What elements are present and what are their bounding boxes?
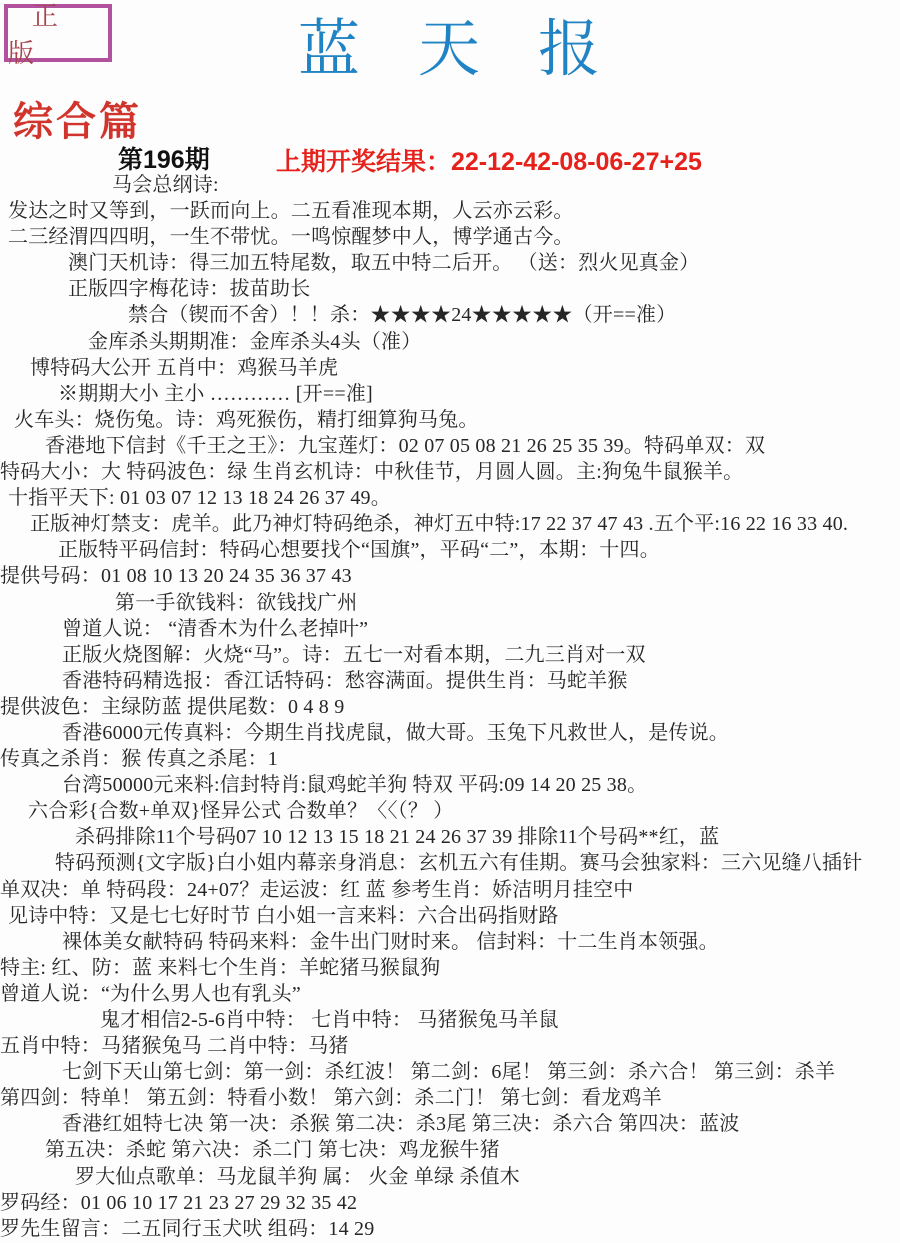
body-line: 第五决：杀蛇 第六决：杀二门 第七决：鸡龙猴牛猪 <box>0 1137 900 1163</box>
section-title: 综合篇 <box>13 90 142 147</box>
body-line: 鬼才相信2-5-6肖中特： 七肖中特： 马猪猴兔马羊鼠 <box>0 1007 900 1033</box>
body-line: 正版火烧图解：火烧“马”。诗：五七一对看本期，二九三肖对一双 <box>0 642 900 668</box>
body-line: 正版四字梅花诗：拔苗助长 <box>0 276 900 302</box>
issue-number: 第196期 <box>118 140 210 176</box>
body-line: 六合彩{合数+单双}怪异公式 合数单？〈〈（？ ） <box>0 798 900 824</box>
body-line: 香港6000元传真料：今期生肖找虎鼠，做大哥。玉兔下凡救世人，是传说。 <box>0 720 900 746</box>
body-line: 发达之时又等到，一跃而向上。二五看准现本期，人云亦云彩。 <box>0 198 900 224</box>
body-line: 马会总纲诗: <box>0 172 900 198</box>
body-line: 金库杀头期期准：金库杀头4头（准） <box>0 329 900 355</box>
body-line: 二三经渭四四明，一生不带忧。一鸣惊醒梦中人，博学通古今。 <box>0 224 900 250</box>
body-line: 博特码大公开 五肖中：鸡猴马羊虎 <box>0 355 900 381</box>
body-line: 特码大小：大 特码波色：绿 生肖玄机诗：中秋佳节，月圆人圆。主:狗兔牛鼠猴羊。 <box>0 459 900 485</box>
body-line: 传真之杀肖：猴 传真之杀尾：1 <box>0 746 900 772</box>
body-line: 火车头：烧伤兔。诗：鸡死猴伤，精打细算狗马兔。 <box>0 407 900 433</box>
body-line: 七剑下天山第七剑：第一剑：杀红波！ 第二剑：6尾！ 第三剑：杀六合！ 第三剑：杀… <box>0 1059 900 1085</box>
edition-badge-label: 正 版 <box>8 0 108 70</box>
body-line: 第四剑：特单！ 第五剑：特看小数！ 第六剑：杀二门！ 第七剑：看龙鸡羊 <box>0 1085 900 1111</box>
newspaper-page: 正 版 蓝天报 综合篇 第196期 上期开奖结果：22-12-42-08-06-… <box>0 0 900 1243</box>
body-line: 第一手欲钱料：欲钱找广州 <box>0 590 900 616</box>
body-line: 罗大仙点歌单：马龙鼠羊狗 属： 火金 单绿 杀值木 <box>0 1164 900 1190</box>
body-line: 曾道人说：“为什么男人也有乳头” <box>0 981 900 1007</box>
body-line: 提供波色：主绿防蓝 提供尾数：0 4 8 9 <box>0 694 900 720</box>
edition-badge: 正 版 <box>4 4 112 62</box>
body-line: 特码预测{文字版}白小姐内幕亲身消息：玄机五六有佳期。赛马会独家料：三六见缝八插… <box>0 850 900 876</box>
body-text: 马会总纲诗:发达之时又等到，一跃而向上。二五看准现本期，人云亦云彩。二三经渭四四… <box>0 172 900 1242</box>
body-line: 正版特平码信封：特码心想要找个“国旗”，平码“二”，本期：十四。 <box>0 537 900 563</box>
body-line: 台湾50000元来料:信封特肖:鼠鸡蛇羊狗 特双 平码:09 14 20 25 … <box>0 772 900 798</box>
body-line: 见诗中特：又是七七好时节 白小姐一言来料：六合出码指财路 <box>0 903 900 929</box>
paper-title: 蓝天报 <box>298 10 658 90</box>
body-line: 曾道人说： “清香木为什么老掉叶” <box>0 616 900 642</box>
body-line: ※期期大小 主小 ………… [开==准] <box>0 381 900 407</box>
body-line: 香港特码精选报：香江话特码：愁容满面。提供生肖：马蛇羊猴 <box>0 668 900 694</box>
body-line: 香港地下信封《千王之王》：九宝莲灯：02 07 05 08 21 26 25 3… <box>0 433 900 459</box>
body-line: 香港红姐特七决 第一决：杀猴 第二决：杀3尾 第三决：杀六合 第四决：蓝波 <box>0 1111 900 1137</box>
body-line: 五肖中特：马猪猴兔马 二肖中特：马猪 <box>0 1033 900 1059</box>
body-line: 禁合（锲而不舍）！！杀：★★★★24★★★★★（开==准） <box>0 302 900 328</box>
body-line: 提供号码：01 08 10 13 20 24 35 36 37 43 <box>0 563 900 589</box>
body-line: 罗先生留言：二五同行玉犬吠 组码：14 29 <box>0 1216 900 1242</box>
body-line: 单双决：单 特码段：24+07？走运波：红 蓝 参考生肖：娇洁明月挂空中 <box>0 877 900 903</box>
body-line: 杀码排除11个号码07 10 12 13 15 18 21 24 26 37 3… <box>0 824 900 850</box>
body-line: 正版神灯禁支：虎羊。此乃神灯特码绝杀，神灯五中特:17 22 37 47 43 … <box>0 511 900 537</box>
body-line: 裸体美女献特码 特码来料：金牛出门财时来。 信封料：十二生肖本领强。 <box>0 929 900 955</box>
body-line: 罗码经：01 06 10 17 21 23 27 29 32 35 42 <box>0 1190 900 1216</box>
body-line: 澳门天机诗：得三加五特尾数，取五中特二后开。 （送：烈火见真金） <box>0 250 900 276</box>
body-line: 特主: 红、防：蓝 来料七个生肖：羊蛇猪马猴鼠狗 <box>0 955 900 981</box>
body-line: 十指平天下: 01 03 07 12 13 18 24 26 37 49。 <box>0 485 900 511</box>
